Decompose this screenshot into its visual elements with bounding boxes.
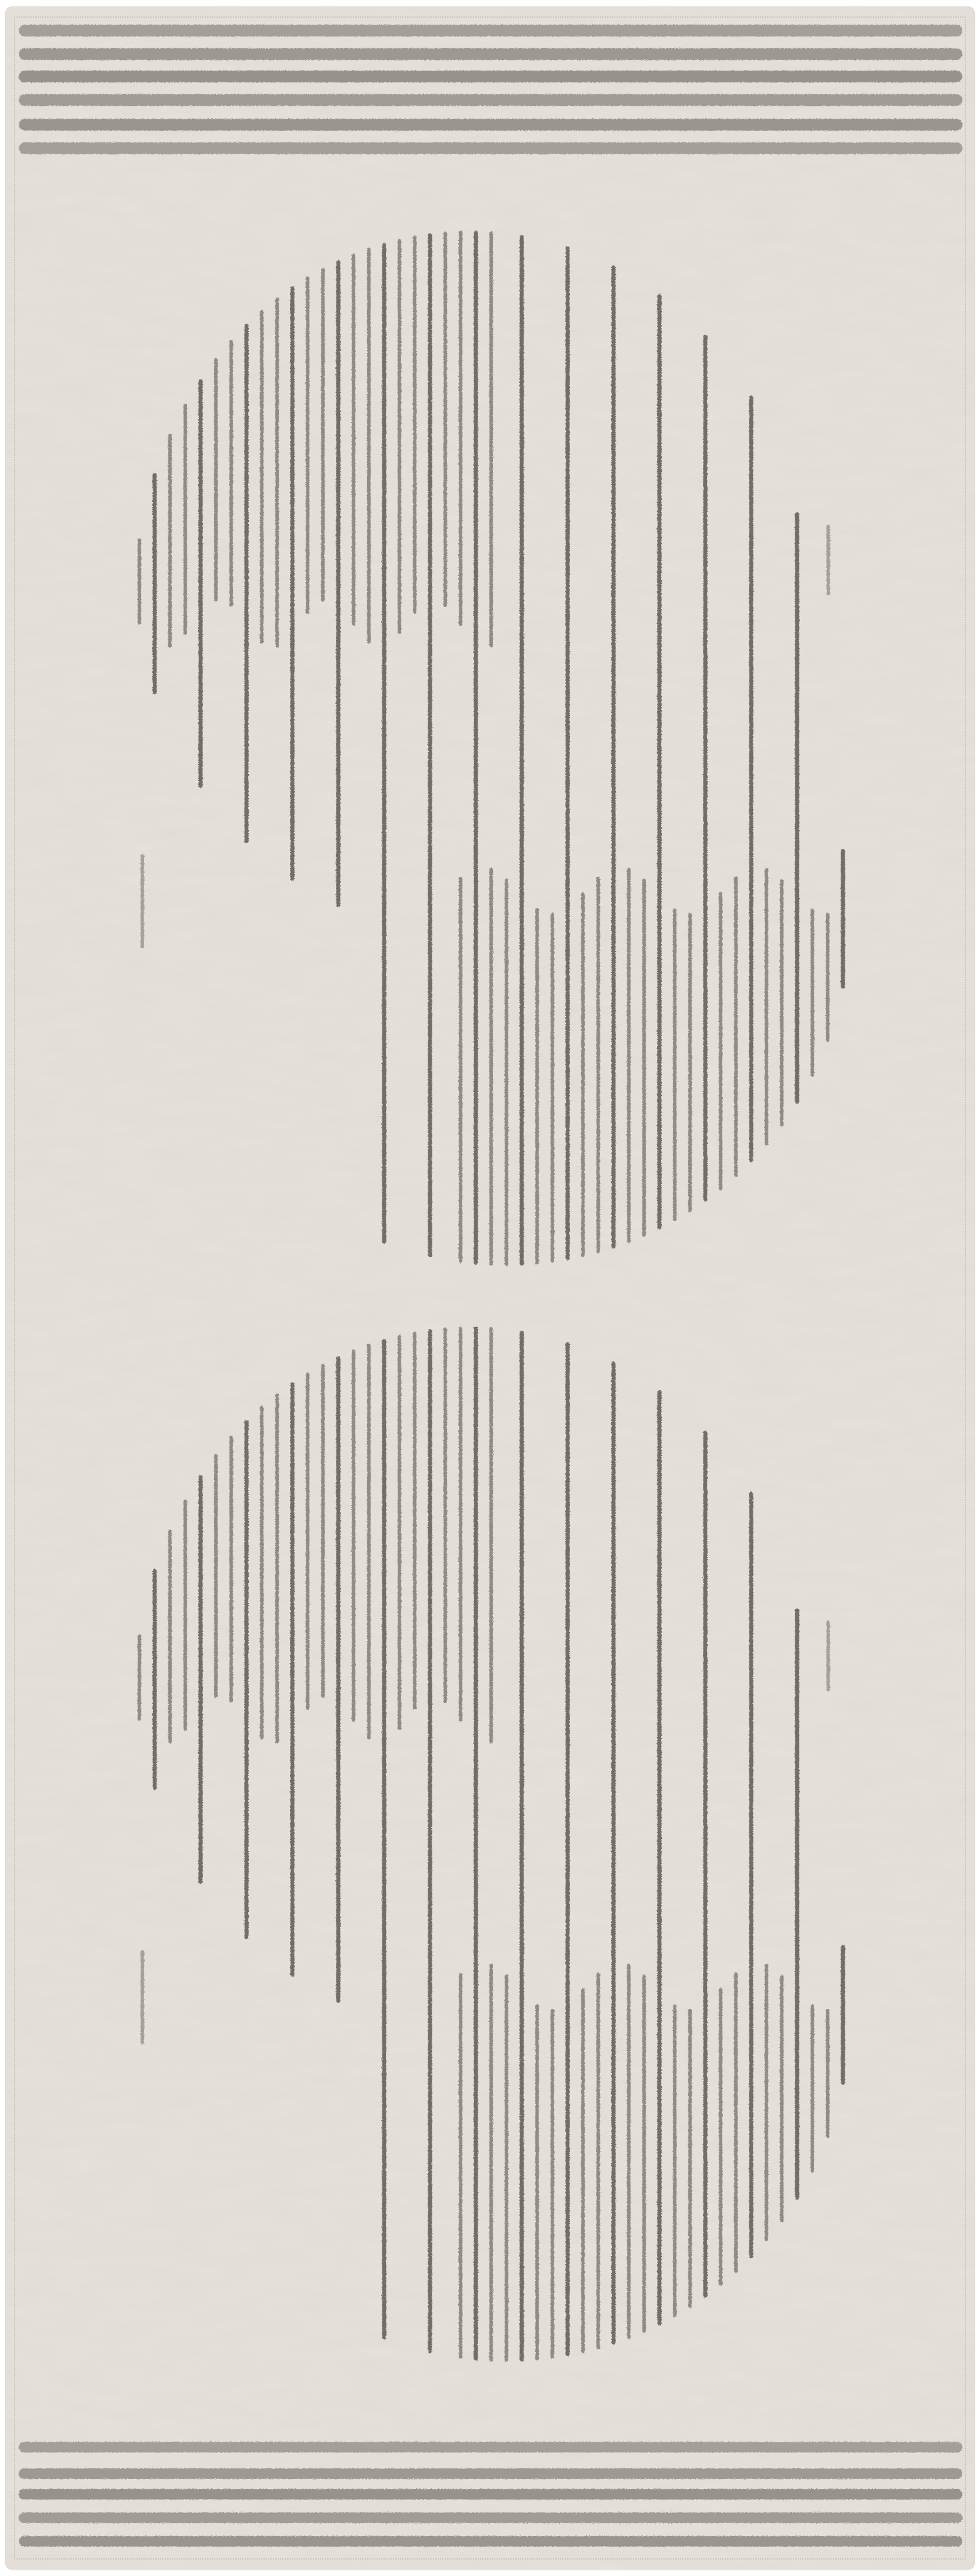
- stripe: [19, 142, 962, 154]
- vertical-line: [413, 1332, 416, 1709]
- stripe: [19, 25, 962, 36]
- vertical-line: [658, 1390, 662, 2325]
- vertical-line: [811, 2005, 814, 2173]
- vertical-line: [168, 434, 172, 648]
- vertical-line: [184, 1499, 187, 1731]
- vertical-line: [138, 1634, 141, 1721]
- vertical-line: [168, 1529, 172, 1744]
- vertical-line: [658, 294, 662, 1229]
- vertical-line: [153, 1569, 157, 1790]
- vertical-line: [719, 892, 722, 1190]
- vertical-line: [474, 231, 478, 1265]
- vertical-line: [627, 868, 631, 1243]
- vertical-line: [413, 236, 416, 614]
- line-fragment: [141, 854, 144, 948]
- vertical-line: [780, 879, 784, 1127]
- vertical-line: [291, 286, 295, 881]
- vertical-line: [734, 877, 738, 1177]
- stripe: [19, 2512, 962, 2523]
- vertical-line: [627, 1964, 631, 2339]
- vertical-line: [214, 358, 218, 602]
- vertical-line: [184, 404, 187, 635]
- vertical-line: [489, 231, 493, 647]
- vertical-line: [505, 879, 508, 1266]
- vertical-line: [719, 1988, 722, 2286]
- vertical-line: [260, 1406, 264, 1739]
- stripe: [19, 2442, 962, 2452]
- vertical-line: [841, 1945, 845, 2085]
- vertical-line: [382, 1339, 386, 2340]
- vertical-line: [551, 2009, 554, 2359]
- vertical-line: [765, 868, 768, 1146]
- vertical-line: [642, 879, 646, 1237]
- vertical-line: [382, 243, 386, 1244]
- vertical-line: [551, 913, 554, 1263]
- vertical-line: [734, 1972, 738, 2273]
- vertical-line: [245, 1420, 249, 1939]
- vertical-line: [428, 234, 432, 1258]
- vertical-line: [520, 1331, 524, 2361]
- stripe: [19, 94, 962, 106]
- vertical-line: [489, 1327, 493, 1743]
- vertical-line: [749, 1492, 754, 2258]
- vertical-line: [153, 473, 157, 694]
- vertical-line: [352, 254, 355, 625]
- vertical-line: [749, 396, 754, 1162]
- vertical-line: [214, 1454, 218, 1698]
- rug-pattern: [6, 7, 974, 2569]
- rug: Cream runner rug with grey horizontal st…: [6, 7, 974, 2569]
- stripe: [19, 2536, 962, 2547]
- vertical-line: [688, 2009, 692, 2308]
- vertical-line: [474, 1327, 478, 2361]
- stripe: [19, 48, 962, 60]
- vertical-line: [673, 2004, 676, 2317]
- vertical-line: [489, 868, 493, 1265]
- vertical-line: [428, 1329, 432, 2354]
- vertical-line: [138, 538, 141, 625]
- vertical-line: [398, 1335, 401, 1730]
- stripe: [19, 2489, 962, 2500]
- vertical-line: [795, 512, 799, 1104]
- vertical-line: [704, 1431, 708, 2298]
- stripe: [19, 119, 962, 131]
- vertical-line: [260, 310, 264, 644]
- line-fragment: [141, 1950, 144, 2044]
- vertical-line: [229, 1436, 233, 1702]
- vertical-line: [505, 1975, 508, 2362]
- vertical-line: [704, 335, 708, 1202]
- vertical-line: [596, 877, 600, 1253]
- vertical-line: [275, 298, 279, 648]
- vertical-line: [336, 260, 341, 907]
- vertical-line: [398, 239, 401, 634]
- vertical-line: [780, 1975, 784, 2222]
- vertical-line: [459, 877, 462, 1263]
- vertical-line: [275, 1394, 279, 1744]
- vertical-line: [841, 849, 845, 989]
- vertical-line: [367, 1344, 371, 1739]
- vertical-line: [199, 379, 203, 788]
- vertical-line: [199, 1475, 203, 1884]
- vertical-line: [444, 1328, 447, 1703]
- vertical-line: [459, 1973, 462, 2359]
- vertical-line: [367, 248, 371, 644]
- stripe: [19, 2468, 962, 2479]
- vertical-line: [306, 276, 309, 614]
- vertical-line: [566, 246, 570, 1261]
- vertical-line: [229, 340, 233, 606]
- vertical-line: [444, 232, 447, 607]
- vertical-line: [321, 268, 325, 601]
- vertical-line: [795, 1608, 799, 2200]
- vertical-line: [642, 1975, 646, 2332]
- vertical-line: [306, 1372, 309, 1710]
- vertical-line: [612, 265, 616, 1248]
- vertical-line: [826, 2009, 829, 2138]
- line-fragment: [826, 525, 830, 595]
- vertical-line: [566, 1342, 570, 2357]
- vertical-line: [688, 913, 692, 1212]
- vertical-line: [535, 908, 539, 1265]
- stripe: [19, 71, 962, 82]
- vertical-line: [336, 1356, 341, 2002]
- line-fragment: [826, 1621, 830, 1691]
- vertical-line: [245, 324, 249, 843]
- vertical-line: [581, 1988, 585, 2353]
- vertical-line: [596, 1972, 600, 2349]
- vertical-line: [321, 1364, 325, 1697]
- vertical-line: [535, 2004, 539, 2361]
- vertical-line: [765, 1964, 768, 2242]
- vertical-line: [489, 1964, 493, 2361]
- vertical-line: [612, 1361, 616, 2344]
- vertical-line: [673, 908, 676, 1221]
- vertical-line: [459, 1327, 462, 1722]
- vertical-line: [291, 1382, 295, 1977]
- vertical-line: [352, 1349, 355, 1721]
- vertical-line: [826, 913, 829, 1042]
- vertical-line: [811, 909, 814, 1077]
- vertical-line: [520, 235, 524, 1265]
- vertical-line: [581, 892, 585, 1257]
- vertical-line: [459, 231, 462, 626]
